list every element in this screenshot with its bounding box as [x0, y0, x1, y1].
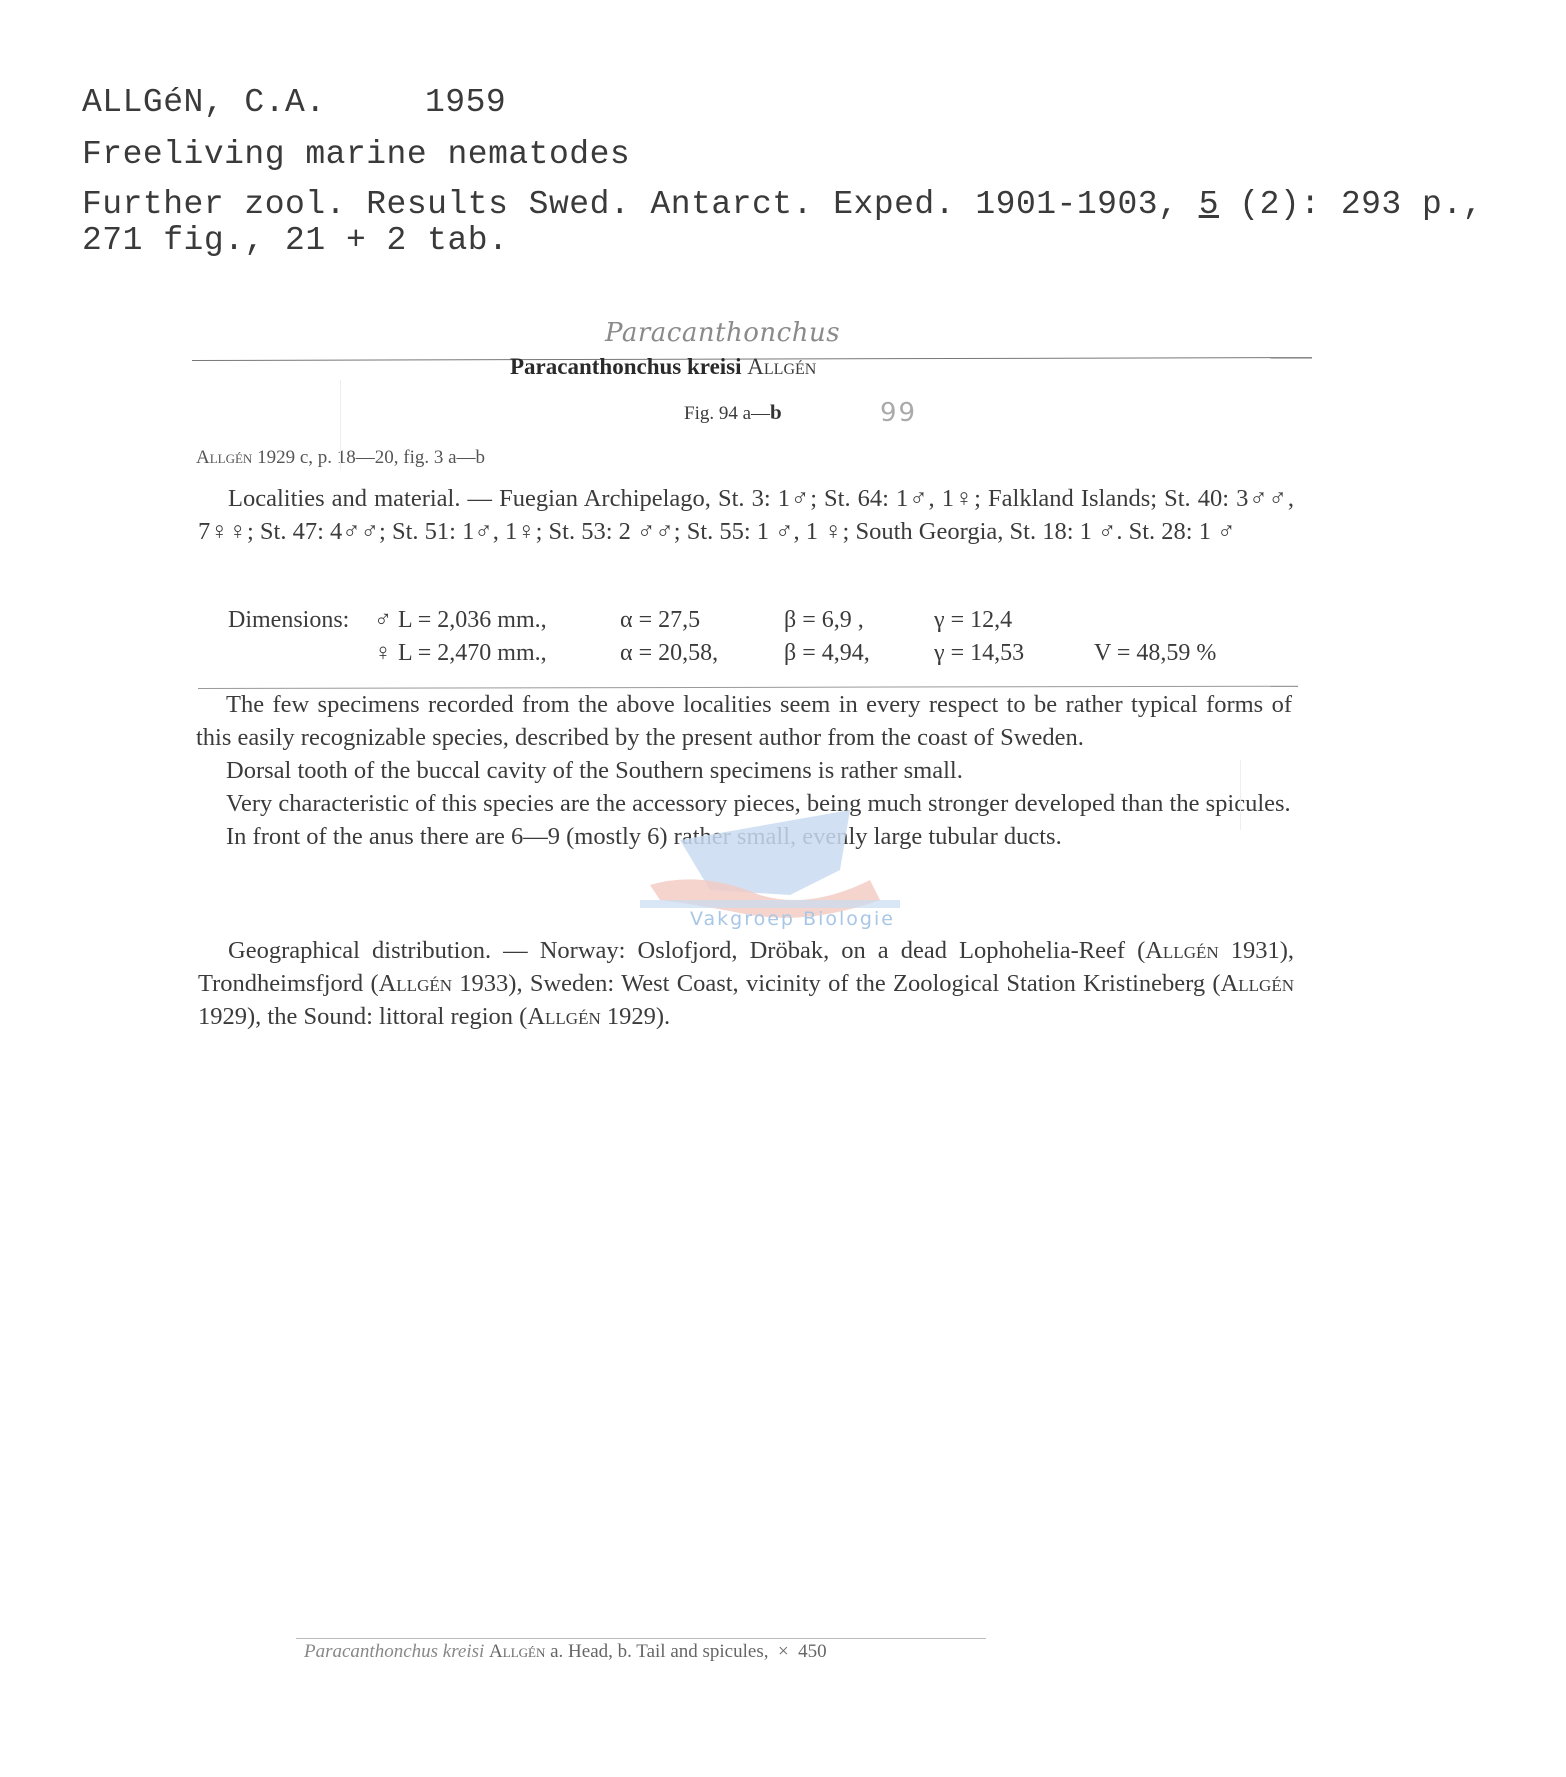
- dimensions-male-row: Dimensions:♂L = 2,036 mm.,α = 27,5β = 6,…: [228, 604, 1216, 637]
- geo-label: Geographical distribution.: [228, 937, 491, 964]
- citation-text: 1929 c, p. 18—20, fig. 3 a—b: [252, 447, 485, 468]
- female-symbol: ♀: [374, 637, 398, 670]
- geo-text-part: — Norway: Oslofjord, Dröbak, on a dead L…: [491, 937, 1145, 964]
- male-length: L = 2,036 mm.,: [398, 604, 620, 637]
- geo-author-ref: Allgén: [527, 1003, 600, 1030]
- geo-text-part: 1933), Sweden: West Coast, vicinity of t…: [452, 970, 1221, 997]
- citation-author: Allgén: [196, 447, 252, 468]
- reference-journal: Further zool. Results Swed. Antarct. Exp…: [82, 186, 1199, 223]
- male-alpha: α = 27,5: [620, 604, 784, 637]
- card-author: ALLGéN, C.A.: [82, 84, 326, 121]
- handwritten-genus-annotation: Paracanthonchus: [605, 318, 840, 348]
- handwritten-page-number: 99: [880, 398, 917, 428]
- caption-species: Paracanthonchus kreisi: [304, 1641, 484, 1662]
- species-heading: Paracanthonchus kreisi Allgén: [510, 354, 816, 380]
- watermark-text: Vakgroep Biologie: [690, 908, 895, 930]
- figure-ref-printed: Fig. 94 a—: [684, 403, 770, 424]
- geo-text-part: 1929), the Sound: littoral region (: [198, 1003, 527, 1030]
- species-name: Paracanthonchus kreisi: [510, 354, 742, 379]
- remark-paragraph: The few specimens recorded from the abov…: [196, 688, 1292, 754]
- remarks-section: The few specimens recorded from the abov…: [196, 688, 1292, 853]
- reference-pages: (2): 293 p.,: [1219, 186, 1483, 223]
- reference-volume: 5: [1199, 186, 1219, 223]
- remark-paragraph: In front of the anus there are 6—9 (most…: [196, 820, 1292, 853]
- female-alpha: α = 20,58,: [620, 637, 784, 670]
- male-gamma: γ = 12,4: [934, 604, 1094, 637]
- female-beta: β = 4,94,: [784, 637, 934, 670]
- caption-rule: [296, 1638, 986, 1639]
- dimensions-female-row: ♀L = 2,470 mm.,α = 20,58,β = 4,94,γ = 14…: [228, 637, 1216, 670]
- card-reference-line-2: 271 fig., 21 + 2 tab.: [82, 222, 508, 259]
- figure-ref-handwritten-letter: b: [770, 400, 782, 424]
- geographical-distribution-paragraph: Geographical distribution. — Norway: Osl…: [198, 934, 1294, 1033]
- remark-paragraph: Dorsal tooth of the buccal cavity of the…: [196, 754, 1292, 787]
- caption-author: Allgén: [489, 1641, 545, 1662]
- geo-author-ref: Allgén: [1145, 937, 1218, 964]
- geo-author-ref: Allgén: [379, 970, 452, 997]
- female-length: L = 2,470 mm.,: [398, 637, 620, 670]
- remark-paragraph: Very characteristic of this species are …: [196, 787, 1292, 820]
- localities-paragraph: Localities and material. — Fuegian Archi…: [198, 482, 1294, 548]
- male-symbol: ♂: [374, 604, 398, 637]
- male-beta: β = 6,9 ,: [784, 604, 934, 637]
- card-year: 1959: [425, 84, 506, 121]
- species-author: Allgén: [747, 354, 816, 379]
- figure-caption: Paracanthonchus kreisi Allgén a. Head, b…: [304, 1641, 827, 1663]
- geo-text-part: 1929).: [601, 1003, 670, 1030]
- figure-reference: Fig. 94 a—b: [684, 400, 782, 425]
- dimensions-label: Dimensions:: [228, 604, 374, 637]
- dimensions-block: Dimensions:♂L = 2,036 mm.,α = 27,5β = 6,…: [228, 604, 1216, 670]
- scan-artifact-line: [340, 380, 341, 470]
- localities-label: Localities and material.: [228, 485, 460, 512]
- female-gamma: γ = 14,53: [934, 637, 1094, 670]
- geo-author-ref: Allgén: [1221, 970, 1294, 997]
- scan-artifact-line: [1240, 760, 1241, 830]
- card-reference-line-1: Further zool. Results Swed. Antarct. Exp…: [82, 186, 1483, 223]
- caption-text: a. Head, b. Tail and spicules, × 450: [545, 1641, 826, 1662]
- female-v: V = 48,59 %: [1094, 637, 1216, 670]
- card-title: Freeliving marine nematodes: [82, 136, 630, 173]
